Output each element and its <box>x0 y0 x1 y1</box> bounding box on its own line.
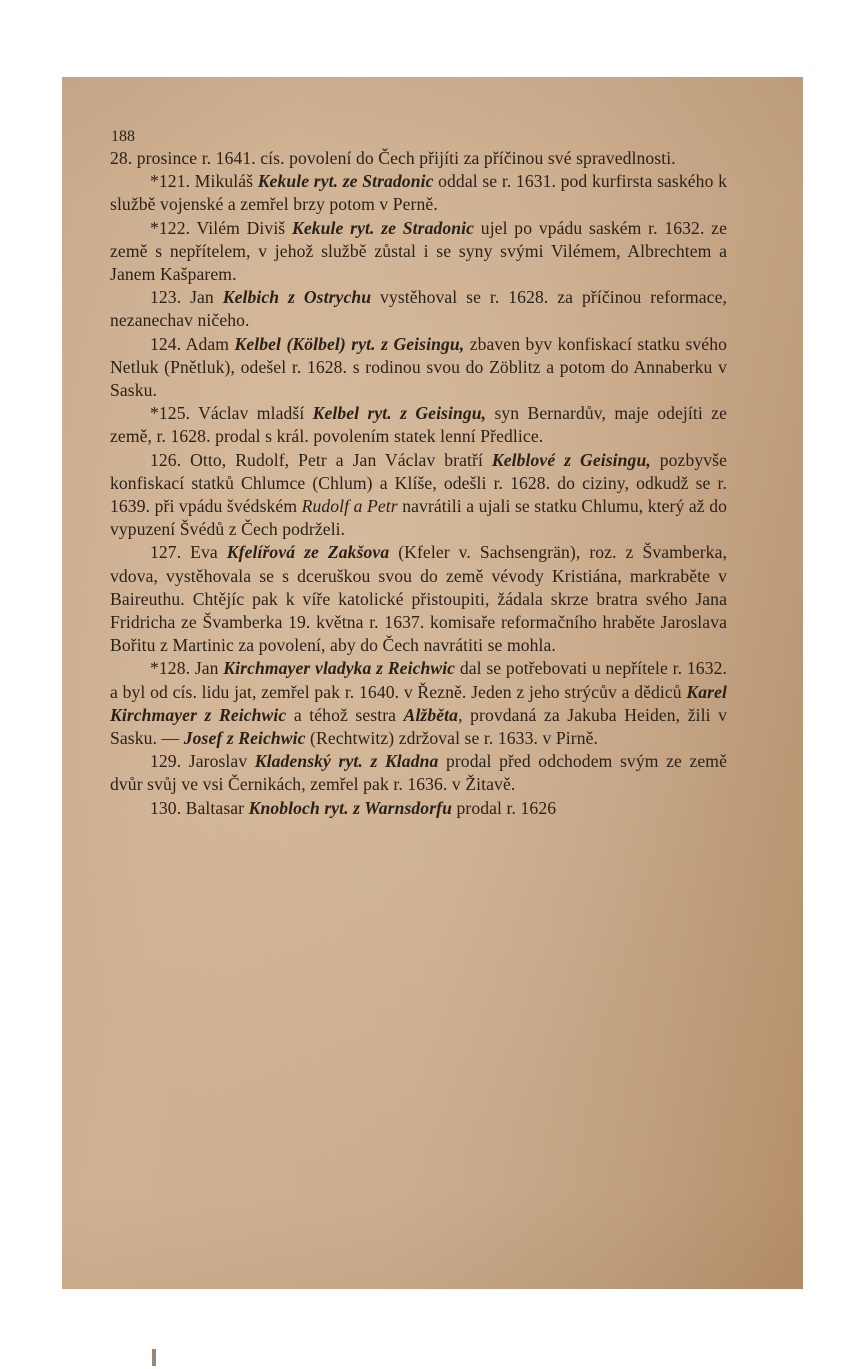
text-run: *128. Jan <box>150 658 223 678</box>
body-text: 28. prosince r. 1641. cís. povolení do Č… <box>110 147 727 820</box>
name-italic: Kelbich z Ostrychu <box>223 287 371 307</box>
entry-122: *122. Vilém Diviš Kekule ryt. ze Stradon… <box>110 217 727 287</box>
text-run: a téhož sestra <box>286 705 403 725</box>
text-run: 124. Adam <box>150 334 234 354</box>
text-run: (Rechtwitz) zdržoval se r. 1633. v Pirně… <box>306 728 598 748</box>
name-italic: Kekule ryt. ze Stradonic <box>292 218 474 238</box>
text-run: 126. Otto, Rudolf, Petr a Jan Václav bra… <box>150 450 492 470</box>
name-italic: Kelbel (Kölbel) ryt. z Geisingu, <box>234 334 464 354</box>
name-italic: Kladenský ryt. z Kladna <box>255 751 439 771</box>
name-italic: Rudolf a Petr <box>302 496 398 516</box>
name-italic: Knobloch ryt. z Warnsdorfu <box>249 798 452 818</box>
text-run: 123. Jan <box>150 287 223 307</box>
name-italic: Josef z Reichwic <box>184 728 306 748</box>
page-number: 188 <box>111 128 135 146</box>
text-run: 28. prosince r. 1641. cís. povolení do Č… <box>110 148 676 168</box>
paragraph-continuation: 28. prosince r. 1641. cís. povolení do Č… <box>110 147 727 170</box>
text-run: *122. Vilém Diviš <box>150 218 292 238</box>
entry-129: 129. Jaroslav Kladenský ryt. z Kladna pr… <box>110 750 727 796</box>
entry-124: 124. Adam Kelbel (Kölbel) ryt. z Geising… <box>110 333 727 403</box>
name-italic: Kelbel ryt. z Geisingu, <box>313 403 487 423</box>
entry-125: *125. Václav mladší Kelbel ryt. z Geisin… <box>110 402 727 448</box>
text-run: 130. Baltasar <box>150 798 249 818</box>
entry-123: 123. Jan Kelbich z Ostrychu vystěhoval s… <box>110 286 727 332</box>
entry-126: 126. Otto, Rudolf, Petr a Jan Václav bra… <box>110 449 727 542</box>
text-run: 127. Eva <box>150 542 227 562</box>
text-run: *125. Václav mladší <box>150 403 313 423</box>
name-italic: Kfelířová ze Zakšova <box>227 542 389 562</box>
binding-shadow <box>152 1349 156 1366</box>
name-italic: Kirchmayer vladyka z Reichwic <box>223 658 455 678</box>
name-italic: Alžběta <box>404 705 458 725</box>
entry-128: *128. Jan Kirchmayer vladyka z Reichwic … <box>110 657 727 750</box>
entry-127: 127. Eva Kfelířová ze Zakšova (Kfeler v.… <box>110 541 727 657</box>
name-italic: Kekule ryt. ze Stradonic <box>258 171 434 191</box>
text-run: 129. Jaroslav <box>150 751 255 771</box>
text-run: prodal r. 1626 <box>452 798 556 818</box>
entry-121: *121. Mikuláš Kekule ryt. ze Stradonic o… <box>110 170 727 216</box>
name-italic: Kelblové z Geisingu, <box>492 450 651 470</box>
text-run: *121. Mikuláš <box>150 171 258 191</box>
entry-130: 130. Baltasar Knobloch ryt. z Warnsdorfu… <box>110 797 727 820</box>
